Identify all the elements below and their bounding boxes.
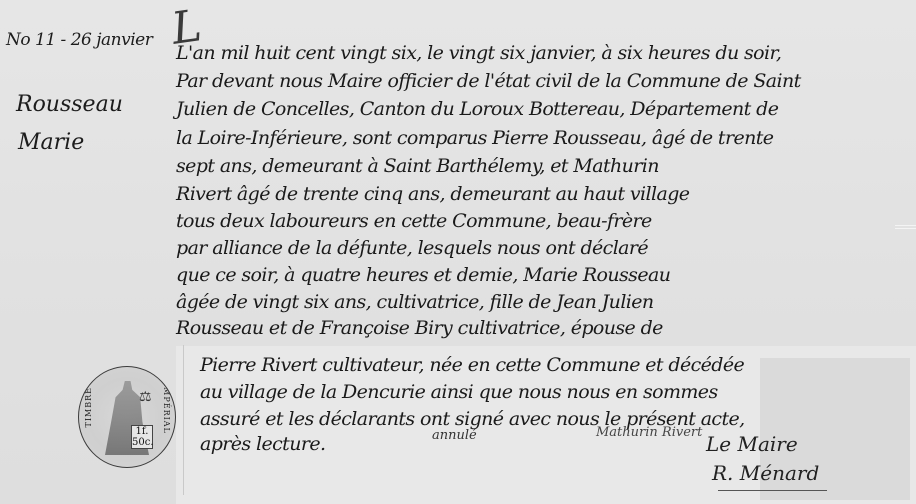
record-line: âgée de vingt six ans, cultivatrice, fil… — [176, 291, 654, 313]
record-line: après lecture. — [200, 433, 325, 455]
record-line: Par devant nous Maire officier de l'état… — [176, 70, 801, 92]
record-line: Julien de Concelles, Canton du Loroux Bo… — [176, 98, 778, 120]
stamp-left-text: TIMBRE — [84, 387, 93, 427]
stamp-value: 1f. 50c. — [131, 425, 153, 449]
witness-signature: Mathurin Rivert — [596, 425, 702, 440]
scales-icon: ⚖ — [139, 389, 152, 405]
record-line: que ce soir, à quatre heures et demie, M… — [176, 264, 670, 286]
record-line: au village de la Dencurie ainsi que nous… — [200, 381, 718, 403]
imperial-tax-stamp: ⚖ TIMBRE IMPÉRIAL 1f. 50c. — [78, 366, 176, 468]
record-line: tous deux laboureurs en cette Commune, b… — [176, 210, 652, 232]
stamp-right-text: IMPÉRIAL — [162, 383, 171, 434]
margin-given-name: Marie — [18, 130, 84, 155]
record-line: Rousseau et de Françoise Biry cultivatri… — [176, 317, 663, 339]
annulled-note: annulé — [432, 428, 477, 443]
margin-surname: Rousseau — [16, 92, 123, 117]
record-line: sept ans, demeurant à Saint Barthélemy, … — [176, 155, 659, 177]
scan-artifact-line — [895, 225, 916, 229]
margin-rule — [183, 345, 184, 495]
entry-reference: No 11 - 26 janvier — [6, 30, 152, 50]
record-line: Pierre Rivert cultivateur, née en cette … — [200, 354, 744, 376]
officer-signature: R. Ménard — [712, 461, 819, 485]
record-line: L'an mil huit cent vingt six, le vingt s… — [176, 42, 781, 64]
record-line: par alliance de la défunte, lesquels nou… — [176, 237, 648, 259]
officer-title: Le Maire — [706, 432, 798, 456]
record-line: Rivert âgé de trente cinq ans, demeurant… — [176, 183, 689, 205]
record-line: la Loire-Inférieure, sont comparus Pierr… — [176, 127, 773, 149]
